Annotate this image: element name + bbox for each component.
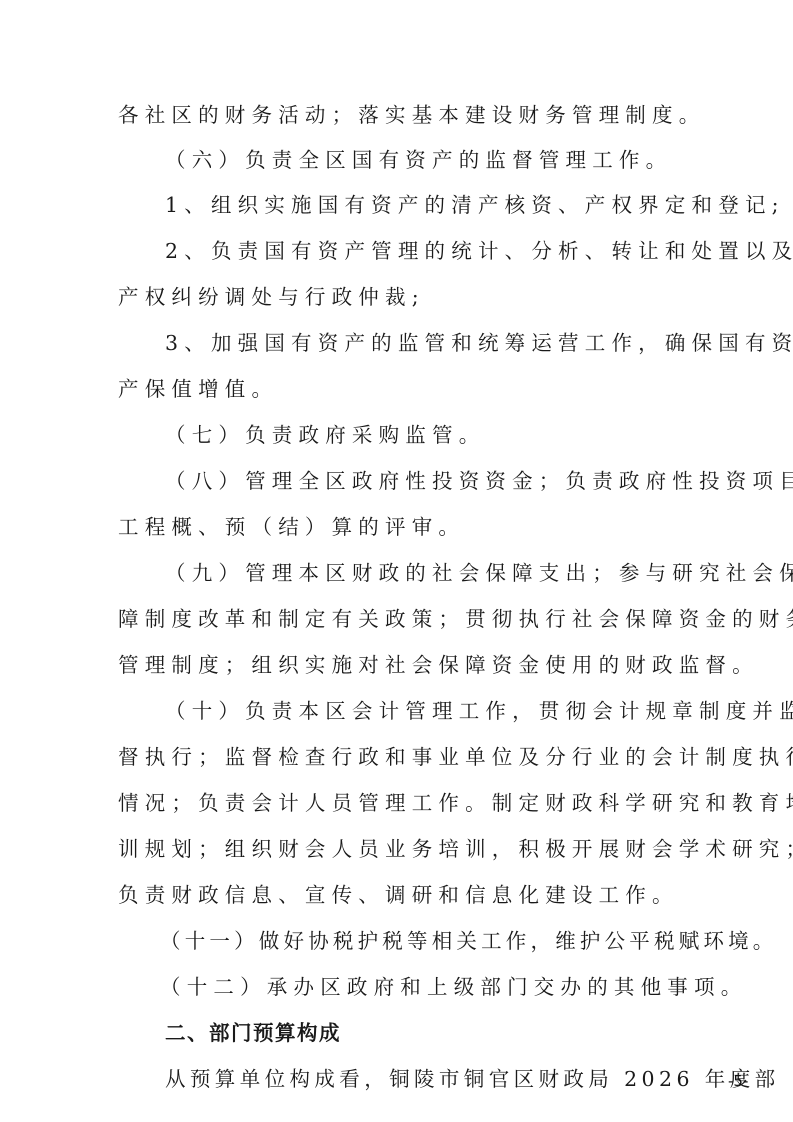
paragraph-line: 负责财政信息、宣传、调研和信息化建设工作。 (118, 880, 679, 910)
paragraph-line: 产保值增值。 (118, 374, 278, 404)
paragraph-line: 训规划；组织财会人员业务培训，积极开展财会学术研究； (118, 834, 793, 864)
section-item-8: （八）管理全区政府性投资资金；负责政府性投资项目 (165, 466, 793, 496)
section-item-7: （七）负责政府采购监管。 (165, 420, 485, 450)
list-item-1: 1、组织实施国有资产的清产核资、产权界定和登记; (165, 190, 785, 220)
paragraph-line: 督执行；监督检查行政和事业单位及分行业的会计制度执行 (118, 742, 793, 772)
paragraph-line: 障制度改革和制定有关政策；贯彻执行社会保障资金的财务 (118, 604, 793, 634)
page-number: -5- (728, 1072, 748, 1090)
list-item-2: 2、负责国有资产管理的统计、分析、转让和处置以及 (165, 236, 793, 266)
section-item-12: （十二）承办区政府和上级部门交办的其他事项。 (160, 972, 747, 1002)
section-item-11: （十一）做好协税护税等相关工作，维护公平税赋环境。 (160, 926, 778, 956)
section-heading: 二、部门预算构成 (165, 1018, 341, 1048)
list-item-3: 3、加强国有资产的监管和统筹运营工作，确保国有资 (165, 328, 793, 358)
paragraph-line: 从预算单位构成看，铜陵市铜官区财政局 2026 年度部 (165, 1064, 780, 1094)
section-item-6: （六）负责全区国有资产的监督管理工作。 (165, 145, 672, 175)
paragraph-line: 情况；负责会计人员管理工作。制定财政科学研究和教育培 (118, 788, 793, 818)
paragraph-line: 管理制度；组织实施对社会保障资金使用的财政监督。 (118, 650, 759, 680)
section-item-10: （十）负责本区会计管理工作，贯彻会计规章制度并监 (165, 696, 793, 726)
paragraph-line: 各社区的财务活动；落实基本建设财务管理制度。 (118, 100, 705, 130)
section-item-9: （九）管理本区财政的社会保障支出；参与研究社会保 (165, 558, 793, 588)
paragraph-line: 产权纠纷调处与行政仲裁; (118, 282, 425, 312)
paragraph-line: 工程概、预（结）算的评审。 (118, 512, 465, 542)
